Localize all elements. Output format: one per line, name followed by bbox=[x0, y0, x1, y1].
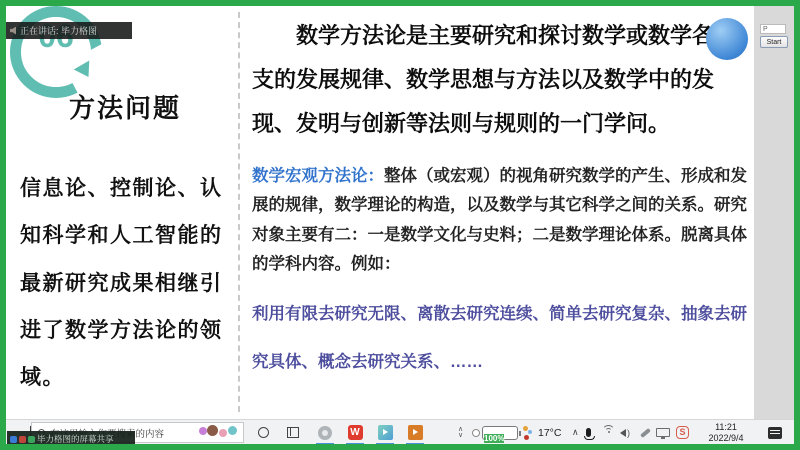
intro-paragraph: 数学方法论是主要研究和探讨数学或数学各分支的发展规律、数学思想与方法以及数学中的… bbox=[252, 14, 754, 146]
slide-title: 方法问题 bbox=[20, 88, 230, 125]
participant-icon bbox=[10, 436, 17, 443]
tray-tool[interactable] bbox=[640, 420, 651, 445]
examples-paragraph: 利用有限去研究无限、离散去研究连续、简单去研究复杂、抽象去研究具体、概念去研究关… bbox=[252, 291, 754, 387]
battery-indicator[interactable]: 100% bbox=[472, 420, 518, 445]
macro-term: 数学宏观方法论 bbox=[252, 167, 368, 185]
camera-bubble[interactable] bbox=[706, 18, 748, 60]
share-badge-text: 毕力格图的屏幕共享 bbox=[37, 433, 114, 445]
projector-icon bbox=[656, 428, 670, 437]
start-button[interactable]: Start bbox=[760, 36, 788, 48]
media-app-icon bbox=[408, 425, 423, 440]
mic-share-icon bbox=[28, 436, 35, 443]
action-center-button[interactable] bbox=[768, 420, 782, 445]
microphone-icon bbox=[586, 428, 591, 437]
task-view-icon bbox=[287, 427, 299, 438]
taskbar-clock[interactable]: 11:21 2022/9/4 bbox=[698, 420, 754, 445]
taskbar-app-meeting[interactable] bbox=[314, 420, 336, 445]
taskbar-app-media[interactable] bbox=[404, 420, 426, 445]
weather-icon bbox=[522, 425, 534, 441]
macro-paragraph: 数学宏观方法论：整体（或宏观）的视角研究数学的产生、形成和发展的规律，数学理论的… bbox=[252, 162, 754, 279]
shared-screen: 06 方法问题 信息论、控制论、认知科学和人工智能的最新研究成果相继引进了数学方… bbox=[0, 0, 800, 450]
photos-app-icon bbox=[378, 425, 393, 440]
camera-icon bbox=[19, 436, 26, 443]
slide-left-body: 信息论、控制论、认知科学和人工智能的最新研究成果相继引进了数学方法论的领域。 bbox=[20, 165, 230, 401]
cortana-icon bbox=[258, 427, 269, 438]
tray-microphone[interactable] bbox=[586, 420, 591, 445]
column-divider bbox=[238, 12, 240, 412]
chevron-down-icon: ∨ bbox=[458, 433, 463, 439]
tray-network[interactable] bbox=[602, 418, 616, 443]
slide-left-column: 方法问题 信息论、控制论、认知科学和人工智能的最新研究成果相继引进了数学方法论的… bbox=[20, 88, 230, 401]
clock-date: 2022/9/4 bbox=[708, 433, 743, 444]
mini-start-widget: P Start bbox=[760, 24, 794, 54]
search-highlight-art-icon bbox=[197, 423, 241, 442]
wps-icon: W bbox=[348, 425, 363, 440]
presentation-slide: 06 方法问题 信息论、控制论、认知科学和人工智能的最新研究成果相继引进了数学方… bbox=[6, 6, 754, 419]
mini-widget-field[interactable]: P bbox=[760, 24, 786, 34]
power-plug-icon bbox=[472, 429, 480, 437]
meeting-app-icon bbox=[318, 426, 332, 440]
screen-share-badge: 毕力格图的屏幕共享 bbox=[7, 431, 135, 447]
tray-input-method[interactable]: S bbox=[676, 420, 689, 445]
battery-icon: 100% bbox=[482, 426, 518, 440]
tray-projector[interactable] bbox=[656, 420, 670, 445]
cortana-button[interactable] bbox=[258, 420, 269, 445]
speaker-volume-icon: ) bbox=[620, 428, 630, 438]
clock-time: 11:21 bbox=[715, 422, 737, 433]
taskbar-app-photos[interactable] bbox=[374, 420, 396, 445]
wifi-icon bbox=[602, 425, 616, 436]
weather-widget[interactable] bbox=[522, 420, 534, 445]
temperature-readout[interactable]: 17°C bbox=[538, 420, 561, 445]
battery-percent: 100% bbox=[484, 434, 504, 443]
hidden-icons-chevron-icon: ∧ bbox=[572, 427, 579, 438]
speaker-icon bbox=[10, 27, 16, 35]
task-view-button[interactable] bbox=[287, 420, 299, 445]
desktop-background-strip bbox=[754, 6, 794, 419]
tray-volume[interactable]: ) bbox=[620, 420, 630, 445]
tool-icon bbox=[640, 427, 651, 437]
slide-right-column: 数学方法论是主要研究和探讨数学或数学各分支的发展规律、数学思想与方法以及数学中的… bbox=[252, 14, 754, 387]
tray-scroll-buttons[interactable]: ∧ ∨ bbox=[458, 420, 463, 445]
sogou-input-icon: S bbox=[676, 426, 689, 439]
taskbar-app-wps[interactable]: W bbox=[344, 420, 366, 445]
speaking-indicator-text: 正在讲话: 毕力格图 bbox=[20, 24, 97, 37]
action-center-icon bbox=[768, 427, 782, 439]
speaking-indicator-badge: 正在讲话: 毕力格图 bbox=[6, 22, 132, 39]
macro-colon: ： bbox=[368, 167, 385, 185]
show-hidden-icons-button[interactable]: ∧ bbox=[572, 420, 579, 445]
